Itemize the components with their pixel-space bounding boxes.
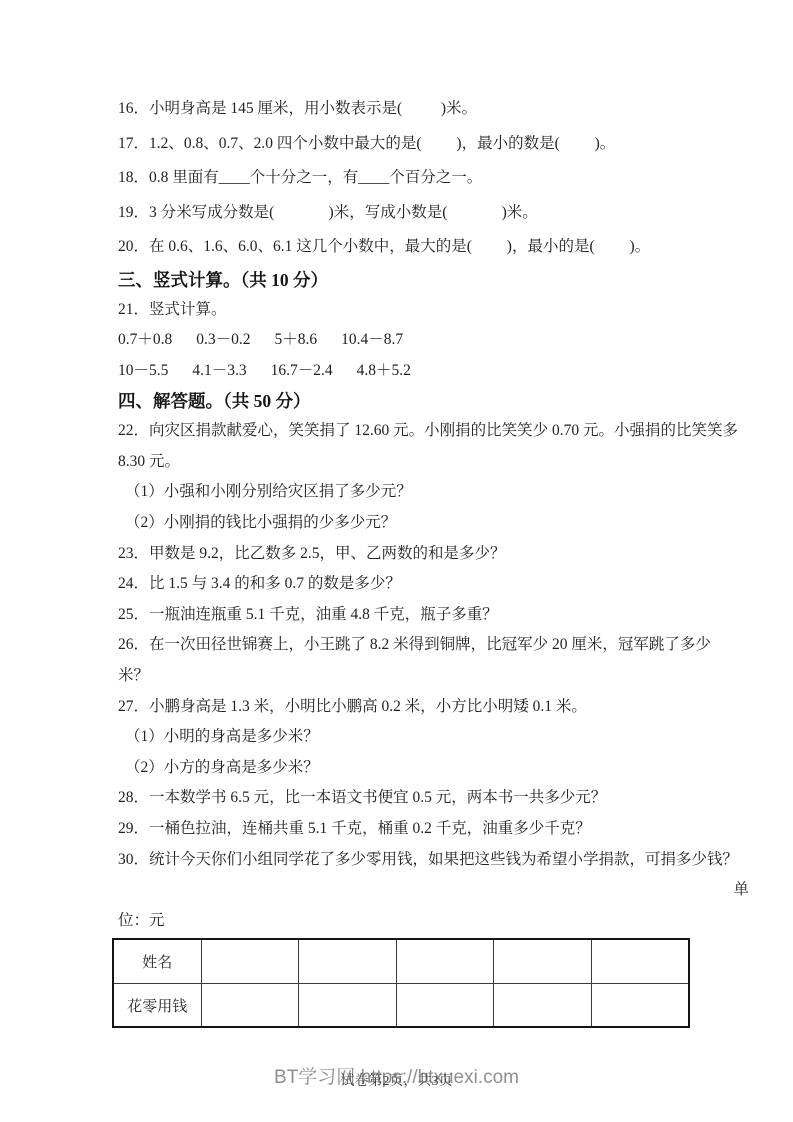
page-number: 试卷第2页，共3页	[341, 1070, 453, 1090]
unit-note-wrapped-char: 单	[118, 875, 757, 906]
question-17: 17．1.2、0.8、0.7、2.0 四个小数中最大的是( )，最小的数是( )…	[118, 127, 757, 162]
table-cell-empty	[591, 983, 689, 1027]
question-26-line-2: 米？	[118, 661, 757, 692]
table-cell-empty	[494, 983, 592, 1027]
question-18: 18．0.8 里面有____个十分之一，有____个百分之一。	[118, 161, 757, 196]
question-26-line-1: 26．在一次田径世锦赛上，小王跳了 8.2 米得到铜牌，比冠军少 20 厘米，冠…	[118, 630, 757, 661]
expression: 5＋8.6	[275, 325, 318, 356]
question-22-line-1: 22．向灾区捐款献爱心，笑笑捐了 12.60 元。小刚捐的比笑笑少 0.70 元…	[118, 416, 757, 447]
question-28: 28．一本数学书 6.5 元，比一本语文书便宜 0.5 元，两本书一共多少元？	[118, 783, 757, 814]
table-row-money: 花零用钱	[113, 983, 689, 1027]
question-20: 20．在 0.6、1.6、6.0、6.1 这几个小数中，最大的是( )，最小的是…	[118, 230, 757, 265]
question-24: 24．比 1.5 与 3.4 的和多 0.7 的数是多少？	[118, 569, 757, 600]
table-cell-empty	[299, 983, 397, 1027]
calc-expressions-row-2: 10－5.5 4.1－3.3 16.7－2.4 4.8＋5.2	[118, 356, 757, 387]
question-27: 27．小鹏身高是 1.3 米，小明比小鹏高 0.2 米，小方比小明矮 0.1 米…	[118, 692, 757, 723]
table-cell-empty	[299, 939, 397, 983]
table-cell-empty	[201, 939, 299, 983]
section-3-heading: 三、竖式计算。（共 10 分）	[118, 265, 757, 295]
question-23: 23．甲数是 9.2，比乙数多 2.5，甲、乙两数的和是多少？	[118, 539, 757, 570]
question-22-line-2: 8.30 元。	[118, 447, 757, 478]
question-21: 21．竖式计算。	[118, 295, 757, 326]
table-row-label: 姓名	[113, 939, 201, 983]
expression: 4.8＋5.2	[357, 356, 411, 387]
table-cell-empty	[591, 939, 689, 983]
expression: 0.7＋0.8	[118, 325, 172, 356]
table-cell-empty	[201, 983, 299, 1027]
table-row-label: 花零用钱	[113, 983, 201, 1027]
table-row-names: 姓名	[113, 939, 689, 983]
question-27-sub-1: （1）小明的身高是多少米？	[118, 722, 757, 753]
question-27-sub-2: （2）小方的身高是多少米？	[118, 753, 757, 784]
question-30: 30．统计今天你们小组同学花了多少零用钱，如果把这些钱为希望小学捐款，可捐多少钱…	[118, 845, 757, 876]
expression: 10－5.5	[118, 356, 168, 387]
exam-page: 16．小明身高是 145 厘米，用小数表示是( )米。 17．1.2、0.8、0…	[0, 0, 793, 1122]
calc-expressions-row-1: 0.7＋0.8 0.3－0.2 5＋8.6 10.4－8.7	[118, 325, 757, 356]
unit-note-second-line: 位：元	[118, 906, 757, 937]
question-22-sub-2: （2）小刚捐的钱比小强捐的少多少元？	[118, 508, 757, 539]
section-4-heading: 四、解答题。（共 50 分）	[118, 386, 757, 416]
question-25: 25．一瓶油连瓶重 5.1 千克，油重 4.8 千克，瓶子多重？	[118, 600, 757, 631]
question-29: 29．一桶色拉油，连桶共重 5.1 千克，桶重 0.2 千克，油重多少千克？	[118, 814, 757, 845]
stats-table: 姓名 花零用钱	[112, 938, 690, 1028]
expression: 10.4－8.7	[341, 325, 403, 356]
table-cell-empty	[396, 983, 494, 1027]
question-19: 19．3 分米写成分数是( )米，写成小数是( )米。	[118, 196, 757, 231]
table-cell-empty	[396, 939, 494, 983]
question-16: 16．小明身高是 145 厘米，用小数表示是( )米。	[118, 92, 757, 127]
expression: 16.7－2.4	[271, 356, 333, 387]
table-cell-empty	[494, 939, 592, 983]
expression: 4.1－3.3	[192, 356, 246, 387]
page-footer: BT学习网 https://btxuexi.com 试卷第2页，共3页	[0, 1056, 793, 1106]
question-22-sub-1: （1）小强和小刚分别给灾区捐了多少元？	[118, 477, 757, 508]
expression: 0.3－0.2	[196, 325, 250, 356]
